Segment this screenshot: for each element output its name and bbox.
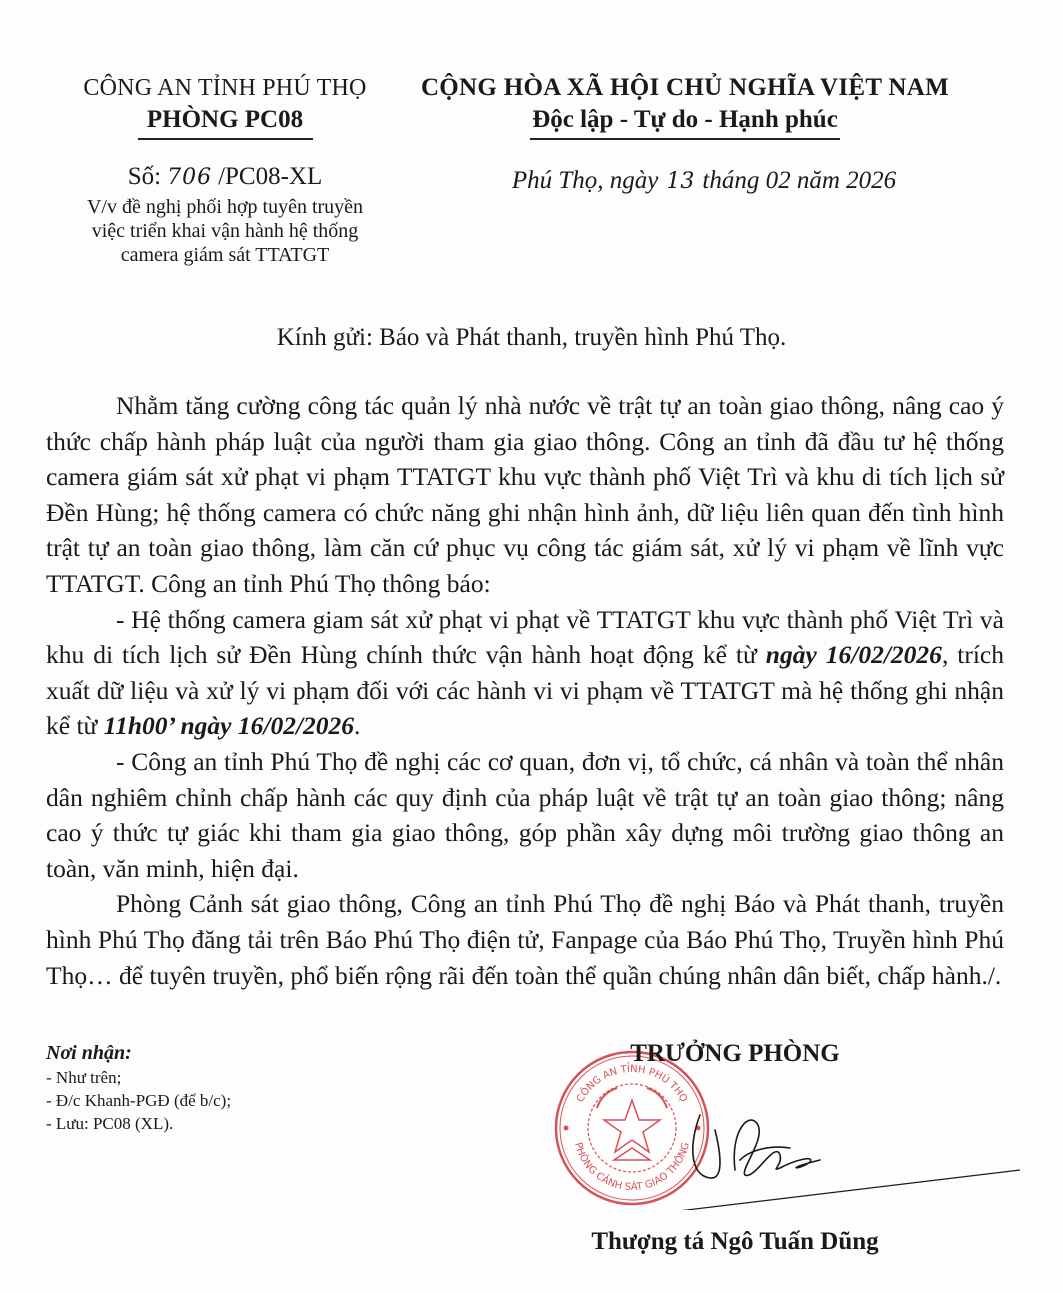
national-motto: Độc lập - Tự do - Hạnh phúc [400,104,970,136]
document-number-suffix: /PC08-XL [218,163,322,190]
effective-date: ngày 16/02/2026 [766,640,942,669]
body-paragraph: Phòng Cảnh sát giao thông, Công an tỉnh … [46,886,1004,993]
body-text: . [354,711,360,740]
subject-line: V/v đề nghị phối hợp tuyên truyền [60,195,390,219]
national-title: CỘNG HÒA XÃ HỘI CHỦ NGHĨA VIỆT NAM [400,72,970,104]
divider [530,138,840,140]
divider [138,138,313,140]
subject-line: việc triển khai vận hành hệ thống [60,219,390,243]
distribution-list: Nơi nhận: - Như trên; - Đ/c Khanh-PGĐ (đ… [46,1040,386,1135]
document-number-prefix: Số: [128,163,161,190]
document-number-handwritten: 706 [161,163,218,193]
signatory-title: TRƯỞNG PHÒNG [560,1038,910,1070]
distribution-item: - Như trên; [46,1066,386,1089]
body-paragraph: - Công an tỉnh Phú Thọ đề nghị các cơ qu… [46,744,1004,886]
date-prefix: Phú Thọ, ngày [512,167,659,194]
svg-text:PHÒNG CẢNH SÁT GIAO THÔNG: PHÒNG CẢNH SÁT GIAO THÔNG [572,1141,692,1193]
data-extraction-start: 11h00’ ngày 16/02/2026 [104,711,354,740]
distribution-item: - Lưu: PC08 (XL). [46,1112,386,1135]
issuer-block: CÔNG AN TỈNH PHÚ THỌ PHÒNG PC08 Số:706/P… [60,72,390,267]
distribution-title: Nơi nhận: [46,1040,386,1066]
document-number: Số:706/PC08-XL [60,162,390,193]
body-paragraph: Nhằm tăng cường công tác quản lý nhà nướ… [46,388,1004,602]
distribution-item: - Đ/c Khanh-PGĐ (để b/c); [46,1089,386,1112]
document-body: Nhằm tăng cường công tác quản lý nhà nướ… [46,388,1004,993]
date-suffix: tháng 02 năm 2026 [702,167,896,194]
issuing-agency: CÔNG AN TỈNH PHÚ THỌ [60,72,390,104]
issuing-department: PHÒNG PC08 [60,104,390,136]
subject-line: camera giám sát TTATGT [60,243,390,267]
seal-text-bottom: PHÒNG CẢNH SÁT GIAO THÔNG [572,1141,692,1193]
signatory-name: Thượng tá Ngô Tuấn Dũng [545,1226,925,1258]
handwritten-signature-icon [680,1100,1020,1210]
date-day-handwritten: 13 [658,167,702,197]
subject: V/v đề nghị phối hợp tuyên truyền việc t… [60,195,390,267]
recipient-line: Kính gửi: Báo và Phát thanh, truyền hình… [0,322,1063,354]
national-header: CỘNG HÒA XÃ HỘI CHỦ NGHĨA VIỆT NAM Độc l… [400,72,970,197]
body-paragraph: - Hệ thống camera giam sát xử phạt vi ph… [46,602,1004,744]
date-line: Phú Thọ, ngày13tháng 02 năm 2026 [400,166,970,197]
